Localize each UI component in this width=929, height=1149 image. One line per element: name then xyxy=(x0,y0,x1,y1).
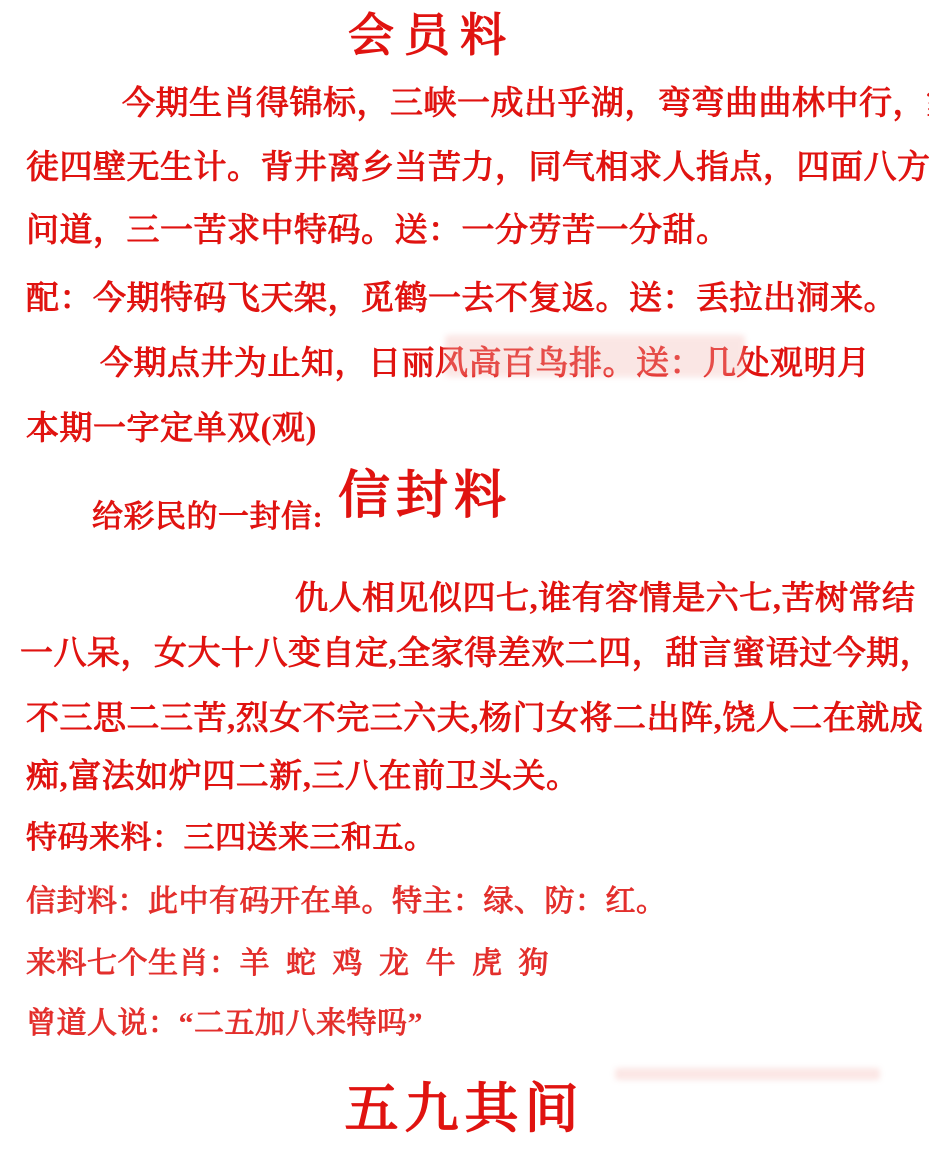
tip-sheet-page: 会员料 今期生肖得锦标，三峡一成出乎湖，弯弯曲曲林中行，家 徒四壁无生计。背井离… xyxy=(0,0,929,1149)
member-paragraph-line-3: 问道，三一苦求中特码。送：一分劳苦一分甜。 xyxy=(26,213,730,249)
envelope-paragraph-line-2: 一八呆，女大十八变自定,全家得差欢二四，甜言蜜语过今期，事 xyxy=(20,636,929,672)
member-single-double-line: 本期一字定单双(观) xyxy=(26,411,317,447)
envelope-paragraph-line-1: 仇人相见似四七,谁有容情是六七,苦树常结 xyxy=(295,581,916,617)
envelope-section-title: 信封料 xyxy=(338,468,512,525)
member-paragraph-line-2: 徒四壁无生计。背井离乡当苦力，同气相求人指点，四面八方皆 xyxy=(26,150,929,186)
envelope-paragraph-line-3: 不三思二三苦,烈女不完三六夫,杨门女将二出阵,饶人二在就成 xyxy=(26,701,923,737)
envelope-paragraph-line-4: 痴,富法如炉四二新,三八在前卫头关。 xyxy=(26,759,580,795)
zeng-daoren-line: 曾道人说：“二五加八来特吗” xyxy=(26,1007,423,1040)
envelope-code-line: 信封料：此中有码开在单。特主：绿、防：红。 xyxy=(26,885,667,918)
member-pei-line: 配：今期特码飞天架，觅鹤一去不复返。送：丢拉出洞来。 xyxy=(26,281,897,317)
envelope-intro-label: 给彩民的一封信: xyxy=(92,500,323,534)
footer-title: 五九其间 xyxy=(0,1066,929,1143)
member-paragraph-line-1: 今期生肖得锦标，三峡一成出乎湖，弯弯曲曲林中行，家 xyxy=(122,86,929,122)
member-scenery-line: 今期点井为止知，日丽风高百鸟排。送：几处观明月 xyxy=(100,346,871,382)
zodiac-line: 来料七个生肖：羊 蛇 鸡 龙 牛 虎 狗 xyxy=(26,947,549,980)
special-code-line: 特码来料：三四送来三和五。 xyxy=(26,821,436,855)
member-section-title: 会员料 xyxy=(348,12,516,60)
